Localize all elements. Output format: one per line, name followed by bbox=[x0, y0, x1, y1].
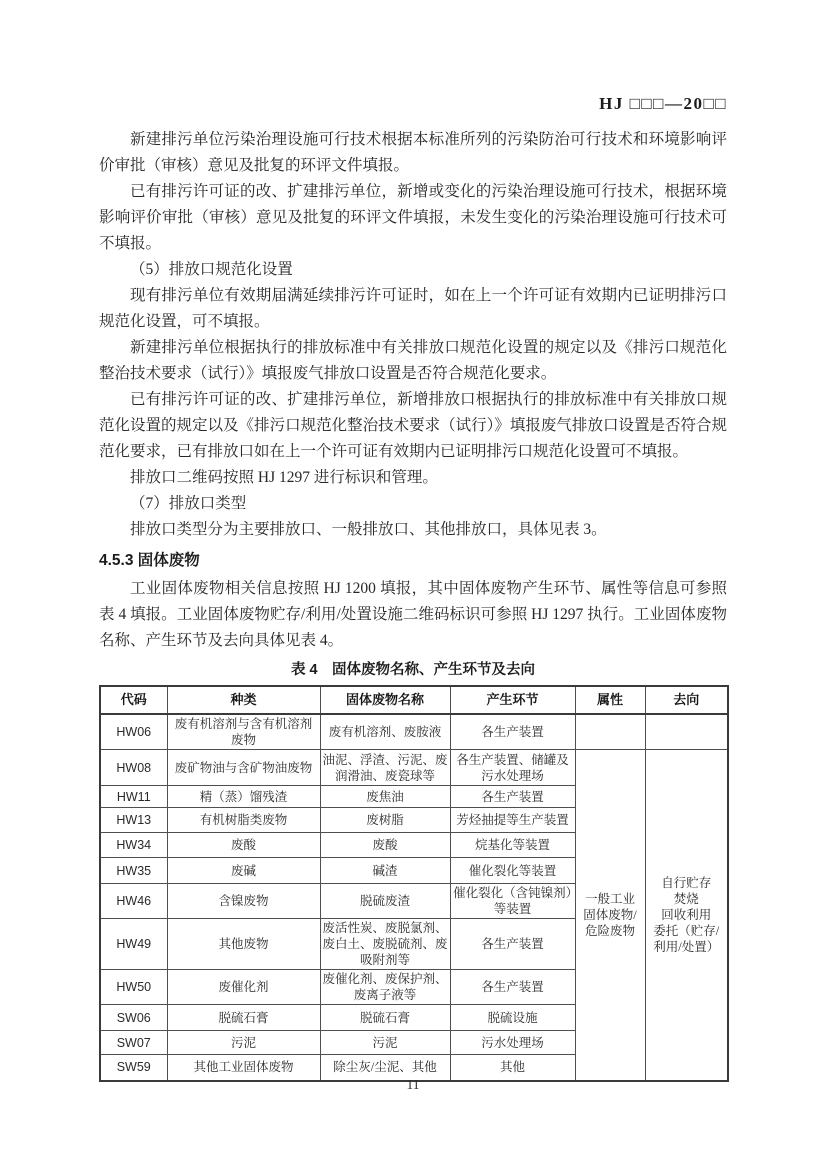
table-cell-stage: 芳烃抽提等生产装置 bbox=[450, 808, 575, 833]
table-cell-name: 废酸 bbox=[320, 833, 450, 858]
table-caption: 表 4 固体废物名称、产生环节及去向 bbox=[99, 660, 727, 680]
paragraph: 已有排污许可证的改、扩建排污单位，新增或变化的污染治理设施可行技术，根据环境影响… bbox=[99, 179, 727, 257]
table-cell-code: SW07 bbox=[100, 1031, 167, 1055]
table-cell-code: HW49 bbox=[100, 919, 167, 970]
table-cell-category: 废有机溶剂与含有机溶剂废物 bbox=[167, 714, 320, 750]
page-number: 11 bbox=[0, 1077, 826, 1093]
paragraph: 排放口类型分为主要排放口、一般排放口、其他排放口，具体见表 3。 bbox=[99, 517, 727, 543]
table-cell-name: 污泥 bbox=[320, 1031, 450, 1055]
table-cell-name: 油泥、浮渣、污泥、废润滑油、废瓷球等 bbox=[320, 750, 450, 786]
body-text: 新建排污单位污染治理设施可行技术根据本标准所列的污染防治可行技术和环境影响评价审… bbox=[99, 127, 727, 654]
table-cell-name: 废树脂 bbox=[320, 808, 450, 833]
table-cell-category: 废碱 bbox=[167, 858, 320, 884]
table-cell-code: HW35 bbox=[100, 858, 167, 884]
standard-code-header: HJ □□□—20□□ bbox=[99, 93, 727, 115]
column-header: 代码 bbox=[100, 686, 167, 714]
table-cell-code: HW13 bbox=[100, 808, 167, 833]
table-cell-code: HW06 bbox=[100, 714, 167, 750]
table-cell-destination-merged: 自行贮存 焚烧 回收利用 委托（贮存/利用/处置） bbox=[645, 750, 728, 1081]
table-cell-stage: 各生产装置、储罐及污水处理场 bbox=[450, 750, 575, 786]
table-cell-category: 废催化剂 bbox=[167, 970, 320, 1005]
table-cell-stage: 各生产装置 bbox=[450, 919, 575, 970]
table-cell-code: HW50 bbox=[100, 970, 167, 1005]
paragraph: 排放口二维码按照 HJ 1297 进行标识和管理。 bbox=[99, 465, 727, 491]
table-header-row: 代码种类固体废物名称产生环节属性去向 bbox=[100, 686, 728, 714]
paragraph: 工业固体废物相关信息按照 HJ 1200 填报，其中固体废物产生环节、属性等信息… bbox=[99, 576, 727, 654]
table-cell-name: 废催化剂、废保护剂、废离子液等 bbox=[320, 970, 450, 1005]
table-cell-code: SW06 bbox=[100, 1005, 167, 1031]
table-cell-attribute bbox=[575, 714, 645, 750]
column-header: 种类 bbox=[167, 686, 320, 714]
table-row: HW06废有机溶剂与含有机溶剂废物废有机溶剂、废胺液各生产装置 bbox=[100, 714, 728, 750]
paragraph: 已有排污许可证的改、扩建排污单位，新增排放口根据执行的排放标准中有关排放口规范化… bbox=[99, 387, 727, 465]
table-cell-stage: 各生产装置 bbox=[450, 714, 575, 750]
table-cell-name: 碱渣 bbox=[320, 858, 450, 884]
paragraph: 新建排污单位根据执行的排放标准中有关排放口规范化设置的规定以及《排污口规范化整治… bbox=[99, 335, 727, 387]
table-cell-name: 废有机溶剂、废胺液 bbox=[320, 714, 450, 750]
table-cell-stage: 污水处理场 bbox=[450, 1031, 575, 1055]
table-cell-stage: 烷基化等装置 bbox=[450, 833, 575, 858]
table-cell-category: 废酸 bbox=[167, 833, 320, 858]
paragraph: 现有排污单位有效期届满延续排污许可证时，如在上一个许可证有效期内已证明排污口规范… bbox=[99, 283, 727, 335]
table-cell-stage: 各生产装置 bbox=[450, 786, 575, 808]
table-row: HW08废矿物油与含矿物油废物油泥、浮渣、污泥、废润滑油、废瓷球等各生产装置、储… bbox=[100, 750, 728, 786]
paragraph: （5）排放口规范化设置 bbox=[99, 257, 727, 283]
table-cell-stage: 催化裂化等装置 bbox=[450, 858, 575, 884]
document-page: HJ □□□—20□□ 新建排污单位污染治理设施可行技术根据本标准所列的污染防治… bbox=[0, 0, 826, 1169]
table-cell-code: HW08 bbox=[100, 750, 167, 786]
table-cell-name: 废焦油 bbox=[320, 786, 450, 808]
table-cell-category: 污泥 bbox=[167, 1031, 320, 1055]
column-header: 属性 bbox=[575, 686, 645, 714]
solid-waste-table: 代码种类固体废物名称产生环节属性去向 HW06废有机溶剂与含有机溶剂废物废有机溶… bbox=[99, 685, 729, 1082]
table-cell-stage: 催化裂化（含钝镍剂）等装置 bbox=[450, 884, 575, 919]
paragraph: 新建排污单位污染治理设施可行技术根据本标准所列的污染防治可行技术和环境影响评价审… bbox=[99, 127, 727, 179]
table-cell-attribute-merged: 一般工业 固体废物/ 危险废物 bbox=[575, 750, 645, 1081]
section-heading: 4.5.3 固体废物 bbox=[99, 548, 727, 574]
column-header: 去向 bbox=[645, 686, 728, 714]
table-cell-category: 其他废物 bbox=[167, 919, 320, 970]
table-cell-name: 脱硫石膏 bbox=[320, 1005, 450, 1031]
table-cell-code: HW46 bbox=[100, 884, 167, 919]
table-cell-stage: 脱硫设施 bbox=[450, 1005, 575, 1031]
table-cell-category: 含镍废物 bbox=[167, 884, 320, 919]
table-cell-category: 废矿物油与含矿物油废物 bbox=[167, 750, 320, 786]
column-header: 产生环节 bbox=[450, 686, 575, 714]
table-cell-code: HW34 bbox=[100, 833, 167, 858]
table-cell-name: 废活性炭、废脱氯剂、废白土、废脱硫剂、废吸附剂等 bbox=[320, 919, 450, 970]
table-cell-destination bbox=[645, 714, 728, 750]
table-cell-category: 脱硫石膏 bbox=[167, 1005, 320, 1031]
table-cell-stage: 各生产装置 bbox=[450, 970, 575, 1005]
column-header: 固体废物名称 bbox=[320, 686, 450, 714]
paragraph: （7）排放口类型 bbox=[99, 491, 727, 517]
table-cell-category: 有机树脂类废物 bbox=[167, 808, 320, 833]
table-cell-name: 脱硫废渣 bbox=[320, 884, 450, 919]
table-cell-code: HW11 bbox=[100, 786, 167, 808]
table-cell-category: 精（蒸）馏残渣 bbox=[167, 786, 320, 808]
